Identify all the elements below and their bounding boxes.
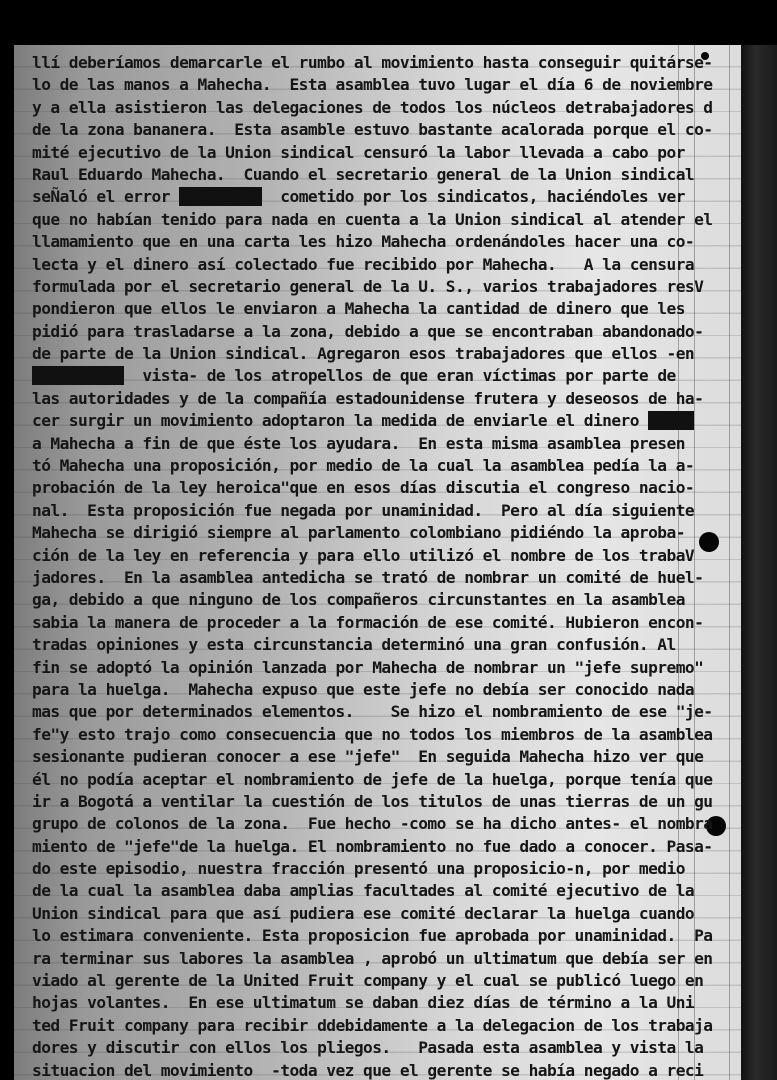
- text-line: ted Fruit company para recibir ddebidame…: [32, 1015, 712, 1037]
- text-line: tradas opiniones y esta circunstancia de…: [32, 634, 712, 656]
- text-line: dores y discutir con ellos los pliegos. …: [32, 1037, 712, 1059]
- text-line: ir a Bogotá a ventilar la cuestión de lo…: [32, 791, 712, 813]
- ruled-margin-line: [729, 45, 730, 1080]
- text-line: que no habían tenido para nada en cuenta…: [32, 209, 712, 231]
- text-line: tó Mahecha una proposición, por medio de…: [32, 455, 712, 477]
- text-line: y a ella asistieron las delegaciones de …: [32, 97, 712, 119]
- text-line: Union sindical para que así pudiera ese …: [32, 903, 712, 925]
- text-line: llí deberíamos demarcarle el rumbo al mo…: [32, 52, 712, 74]
- text-line: Raul Eduardo Mahecha. Cuando el secretar…: [32, 164, 712, 186]
- text-line: lo de las manos a Mahecha. Esta asamblea…: [32, 74, 712, 96]
- text-line: mité ejecutivo de la Union sindical cens…: [32, 142, 712, 164]
- text-line: sabia la manera de proceder a la formaci…: [32, 612, 712, 634]
- text-line: hojas volantes. En ese ultimatum se daba…: [32, 992, 712, 1014]
- text-line: las autoridades y de la compañía estadou…: [32, 388, 712, 410]
- text-line: de la cual la asamblea daba amplias facu…: [32, 880, 712, 902]
- text-line: ra terminar sus labores la asamblea , ap…: [32, 948, 712, 970]
- text-line: viado al gerente de la United Fruit comp…: [32, 970, 712, 992]
- text-line: miento de "jefe"de la huelga. El nombram…: [32, 836, 712, 858]
- text-line: probación de la ley heroica"que en esos …: [32, 477, 712, 499]
- text-line: para la huelga. Mahecha expuso que este …: [32, 679, 712, 701]
- text-line: sesionante pudieran conocer a ese "jefe"…: [32, 746, 712, 768]
- text-line: de parte de la Union sindical. Agregaron…: [32, 343, 712, 365]
- text-line: mas que por determinados elementos. Se h…: [32, 701, 712, 723]
- struck-out-text: xxxxxxxxx: [179, 187, 262, 206]
- text-line: lecta y el dinero así colectado fue reci…: [32, 254, 712, 276]
- text-line: pondieron que ellos le enviaron a Mahech…: [32, 298, 712, 320]
- text-line: fin se adoptó la opinión lanzada por Mah…: [32, 657, 712, 679]
- text-line: llamamiento que en una carta les hizo Ma…: [32, 231, 712, 253]
- text-line: formulada por el secretario general de l…: [32, 276, 712, 298]
- page-edge-shadow: [741, 45, 777, 1080]
- text-line: seÑaló el error xxxxxxxxx cometido por l…: [32, 186, 712, 208]
- struck-out-text: xxxxxxxxxx: [32, 366, 124, 385]
- text-line: él no podía aceptar el nombramiento de j…: [32, 769, 712, 791]
- text-line: ga, debido a que ninguno de los compañer…: [32, 589, 712, 611]
- typewritten-text: llí deberíamos demarcarle el rumbo al mo…: [32, 52, 712, 1080]
- text-line: cer surgir un movimiento adoptaron la me…: [32, 410, 712, 432]
- text-line: grupo de colonos de la zona. Fue hecho -…: [32, 813, 712, 835]
- text-line: ción de la ley en referencia y para ello…: [32, 545, 712, 567]
- text-line: situacion del movimiento -toda vez que e…: [32, 1060, 712, 1080]
- text-line: fe"y esto trajo como consecuencia que no…: [32, 724, 712, 746]
- text-line: Mahecha se dirigió siempre al parlamento…: [32, 522, 712, 544]
- text-line: de la zona bananera. Esta asamble estuvo…: [32, 119, 712, 141]
- text-line: xxxxxxxxxx vista- de los atropellos de q…: [32, 365, 712, 387]
- struck-out-text: xxxxx: [648, 411, 694, 430]
- text-line: do este episodio, nuestra fracción prese…: [32, 858, 712, 880]
- text-line: jadores. En la asamblea antedicha se tra…: [32, 567, 712, 589]
- text-line: nal. Esta proposición fue negada por una…: [32, 500, 712, 522]
- text-line: pidió para trasladarse a la zona, debido…: [32, 321, 712, 343]
- text-line: lo estimara conveniente. Esta proposicio…: [32, 925, 712, 947]
- text-line: a Mahecha a fin de que éste los ayudara.…: [32, 433, 712, 455]
